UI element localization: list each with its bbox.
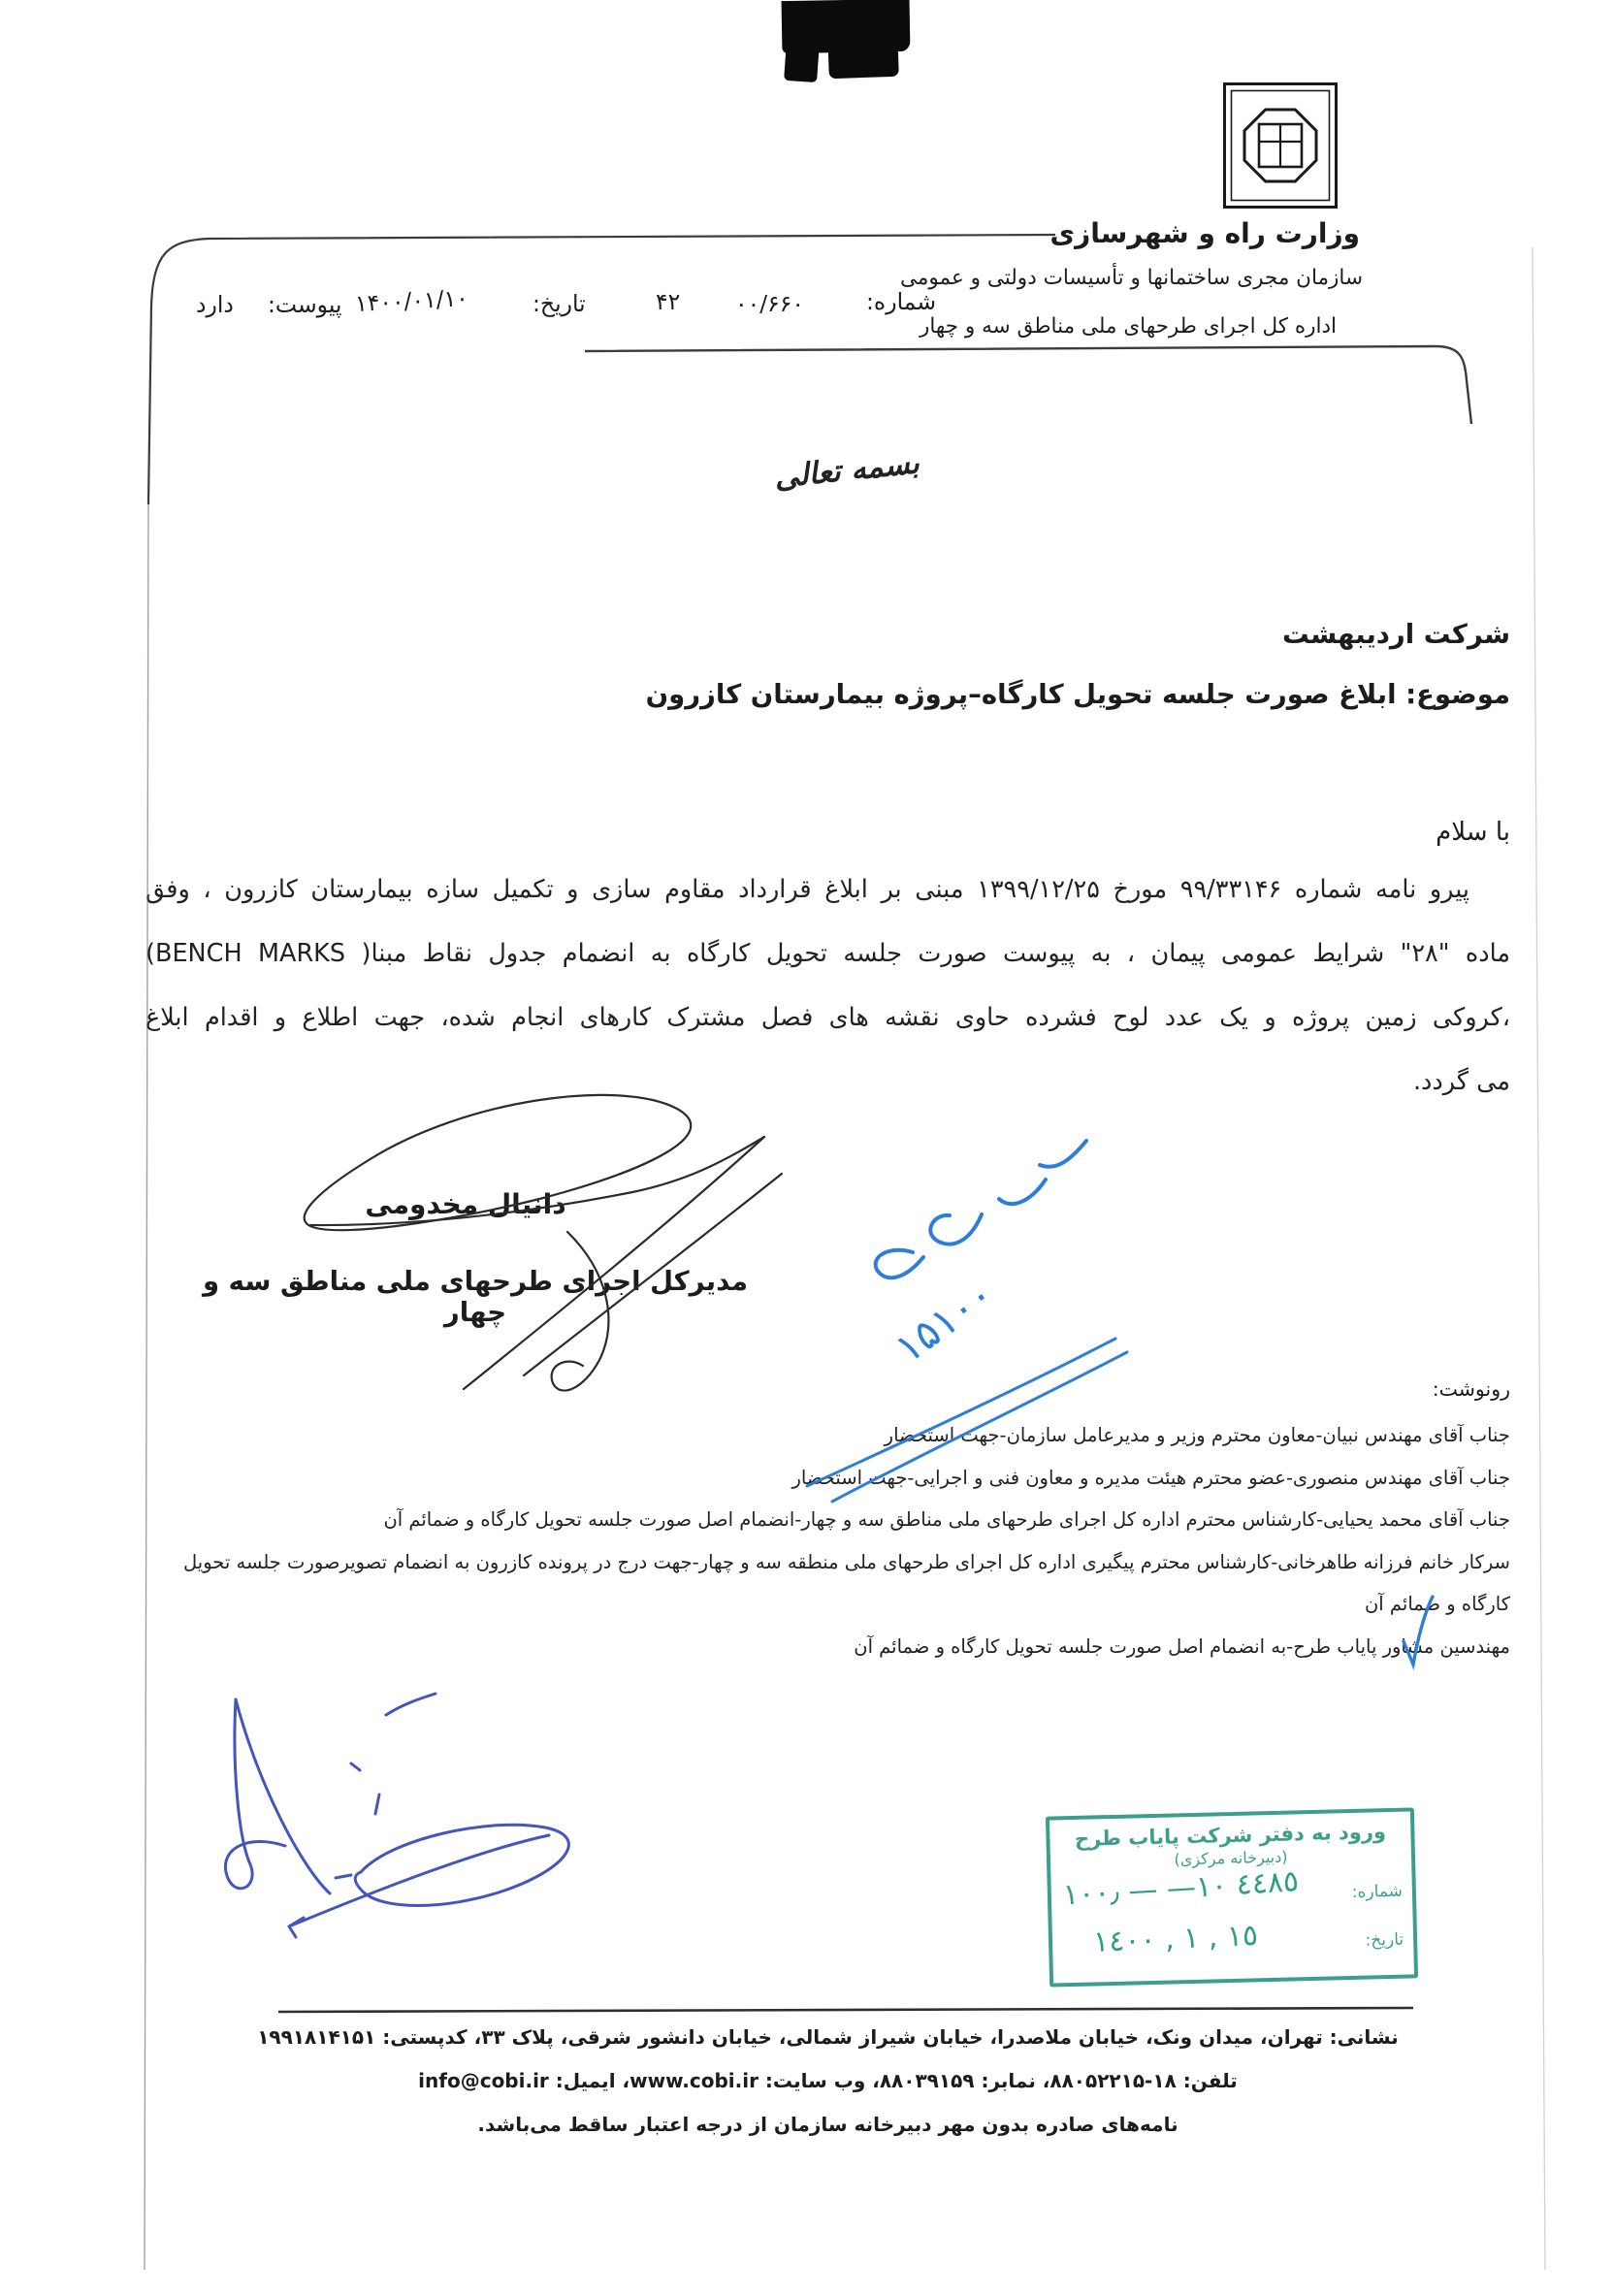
scanned-letter-page: وزارت راه و شهرسازی سازمان مجری ساختمانه… [0, 0, 1614, 2296]
scan-artifact-blob [784, 26, 821, 82]
footer-rule [278, 2008, 1413, 2012]
letter-date-label: تاریخ: [533, 290, 586, 317]
footer-contact: تلفن: ۱۸-۸۸۰۵۲۲۱۵، نمابر: ۸۸۰۳۹۱۵۹، وب س… [145, 2069, 1510, 2092]
cc-entry: مهندسین مشاور پایاب طرح-به انضمام اصل صو… [145, 1626, 1510, 1668]
cc-entry: سرکار خانم فرزانه طاهرخانی-کارشناس محترم… [145, 1541, 1510, 1626]
recipient-name: شرکت اردیبهشت [145, 619, 1510, 650]
blue-signature-scribble [225, 1694, 568, 1937]
header-rule-right [585, 346, 1471, 424]
cc-entry: جناب آقای محمد یحیایی-کارشناس محترم ادار… [145, 1499, 1510, 1541]
ministry-name: وزارت راه و شهرسازی [1049, 217, 1360, 249]
attachment-value: دارد [196, 291, 234, 318]
blue-handwritten-number: ۱۵۱۰۰ [887, 1197, 1103, 1373]
letter-number-value: ۰۰/۶۶۰ [735, 290, 804, 317]
ministry-emblem-octagon-grid-icon [1222, 81, 1339, 210]
cc-entry: جناب آقای مهندس منصوری-عضو محترم هیئت مد… [145, 1457, 1510, 1500]
stamp-number-value: ۱۰۰٫ — —۱۰ ٤٤۸٥ [1062, 1864, 1300, 1912]
black-signature-scribble [305, 1095, 782, 1391]
letter-date-value: ۱۴۰۰/۰۱/۱۰ [354, 284, 468, 317]
right-page-edge-line [1533, 247, 1545, 2270]
footer-address: نشانی: تهران، میدان ونک، خیابان ملاصدرا،… [145, 2025, 1510, 2049]
body-line: ماده "۲۸" شرایط عمومی پیمان ، به پیوست ص… [145, 934, 1510, 998]
cc-list: جناب آقای مهندس نبیان-معاون محترم وزیر و… [145, 1414, 1510, 1667]
letter-number-label: شماره: [866, 288, 936, 315]
attachment-label: پیوست: [268, 291, 341, 318]
cc-label: رونوشت: [145, 1377, 1510, 1401]
signer-title: مدیرکل اجرای طرحهای ملی مناطق سه و چهار [194, 1266, 757, 1328]
company-entry-stamp: ورود به دفتر شرکت پایاب طرح (دبیرخانه مر… [1046, 1807, 1418, 1987]
body-line: ،کروکی زمین پروژه و یک عدد لوح فشرده حاو… [145, 998, 1510, 1062]
stamp-date-value: ۱٤۰۰ , ۱ , ۱٥ [1092, 1919, 1258, 1959]
footer-disclaimer: نامه‌های صادره بدون مهر دبیرخانه سازمان … [145, 2113, 1510, 2136]
scan-artifact-blob [827, 30, 899, 79]
stamp-date-label: تاریخ: [1365, 1930, 1404, 1951]
signer-name: دانیال مخدومی [330, 1188, 601, 1220]
cc-entry: جناب آقای مهندس نبیان-معاون محترم وزیر و… [145, 1414, 1510, 1457]
besmele-calligraphy: بسمه تعالی [754, 445, 921, 498]
body-paragraph: پیرو نامه شماره ۹۹/۳۳۱۴۶ مورخ ۱۳۹۹/۱۲/۲۵… [145, 870, 1510, 1126]
subject-line: موضوع: ابلاغ صورت جلسه تحویل کارگاه–پروژ… [145, 679, 1510, 710]
department-name: اداره کل اجرای طرحهای ملی مناطق سه و چها… [920, 314, 1337, 339]
body-line: پیرو نامه شماره ۹۹/۳۳۱۴۶ مورخ ۱۳۹۹/۱۲/۲۵… [145, 870, 1510, 934]
salutation: با سلام [145, 818, 1510, 847]
organization-name: سازمان مجری ساختمانها و تأسیسات دولتی و … [900, 266, 1363, 290]
letter-number-extra: ۴۲ [656, 288, 680, 315]
body-line: می گردد. [145, 1062, 1510, 1126]
stamp-number-label: شماره: [1352, 1882, 1404, 1902]
